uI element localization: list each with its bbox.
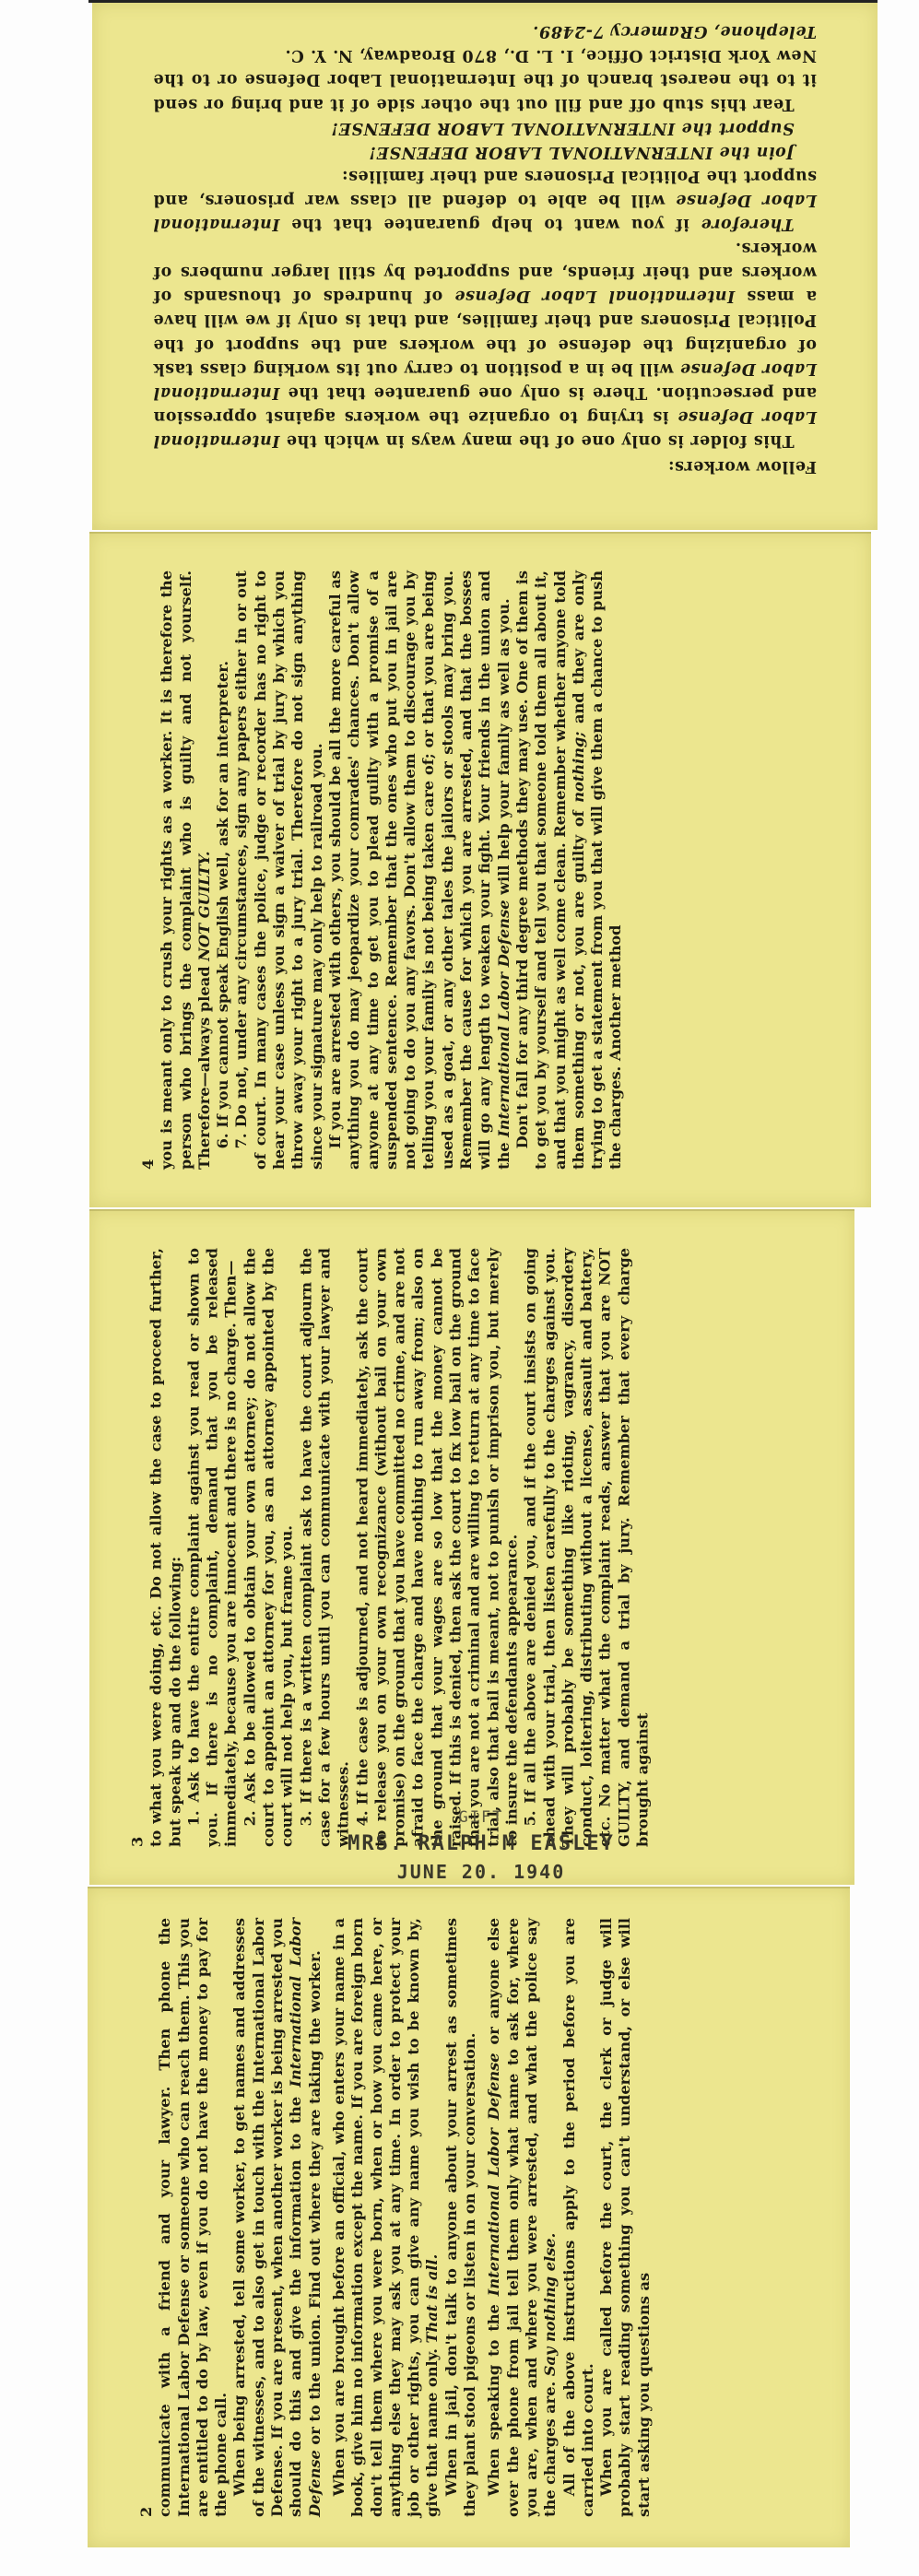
panel-page-3: 3 to what you were doing, etc. Do not al… <box>89 1209 854 1885</box>
page-number: 4 <box>139 570 158 1170</box>
list-item: 1. Ask to have the entire complaint agai… <box>184 1248 241 1847</box>
panel-page-4: 4 you is meant only to crush your rights… <box>89 532 871 1207</box>
panel-content: 4 you is meant only to crush your rights… <box>139 570 821 1170</box>
list-item: 2. Ask to be allowed to obtain your own … <box>241 1248 297 1847</box>
panel-content: 3 to what you were doing, etc. Do not al… <box>129 1248 816 1847</box>
paragraph: you is meant only to crush your rights a… <box>158 570 214 1170</box>
panel-content: Fellow workers: This folder is only one … <box>153 54 817 478</box>
panel-page-2: 2 communicate with a friend and your law… <box>88 1887 850 2547</box>
page-number: 3 <box>129 1248 147 1847</box>
panel-content: 2 communicate with a friend and your law… <box>137 1918 801 2517</box>
paragraph: When in jail, don't talk to anyone about… <box>442 1918 479 2517</box>
list-item: 5. If all the above are denied you, and … <box>522 1248 653 1847</box>
stub-instructions: Tear this stub off and fill out the othe… <box>153 43 817 115</box>
salutation: Fellow workers: <box>153 454 817 478</box>
list-item: 3. If there is a written complaint ask t… <box>297 1248 353 1847</box>
list-item: 4. If the case is adjourned, and not hea… <box>353 1248 522 1847</box>
stamp-date: JUNE 20. 1940 <box>288 1861 675 1883</box>
paragraph: 6. If you cannot speak English well, ask… <box>214 570 232 1170</box>
stamp-gift: GIFT <box>288 1808 675 1827</box>
slogan-support: Support the INTERNATIONAL LABOR DEFENSE! <box>153 116 817 140</box>
paragraph: When speaking to the International Labor… <box>485 1918 560 2517</box>
telephone: Telephone, GRamercy 7-2489. <box>153 19 817 43</box>
paragraph: 7. Do not, under any circumstances, sign… <box>232 570 325 1170</box>
paragraph: to what you were doing, etc. Do not allo… <box>147 1248 185 1847</box>
paragraph: If you are arrested with others, you sho… <box>326 570 513 1170</box>
paragraph: communicate with a friend and your lawye… <box>156 1918 230 2517</box>
appeal-paragraph-1: This folder is only one of the many ways… <box>153 236 817 453</box>
paragraph: When you are called before the court, th… <box>597 1918 654 2517</box>
panel-membership-appeal: Fellow workers: This folder is only one … <box>92 3 878 530</box>
paragraph: When being arrested, tell some worker, t… <box>230 1918 324 2517</box>
page-number: 2 <box>137 1918 156 2517</box>
appeal-paragraph-2: Therefore if you want to help guarantee … <box>153 164 817 236</box>
stamp-donor: MRS. RALPH M EASLEY <box>288 1832 675 1855</box>
paragraph: When you are brought before an official,… <box>329 1918 442 2517</box>
slogan-join: Join the INTERNATIONAL LABOR DEFENSE! <box>153 140 817 164</box>
paragraph: Don't fall for any third degree methods … <box>513 570 626 1170</box>
paragraph: All of the above instructions apply to t… <box>560 1918 597 2517</box>
library-stamp: GIFT MRS. RALPH M EASLEY JUNE 20. 1940 <box>288 1808 675 1883</box>
